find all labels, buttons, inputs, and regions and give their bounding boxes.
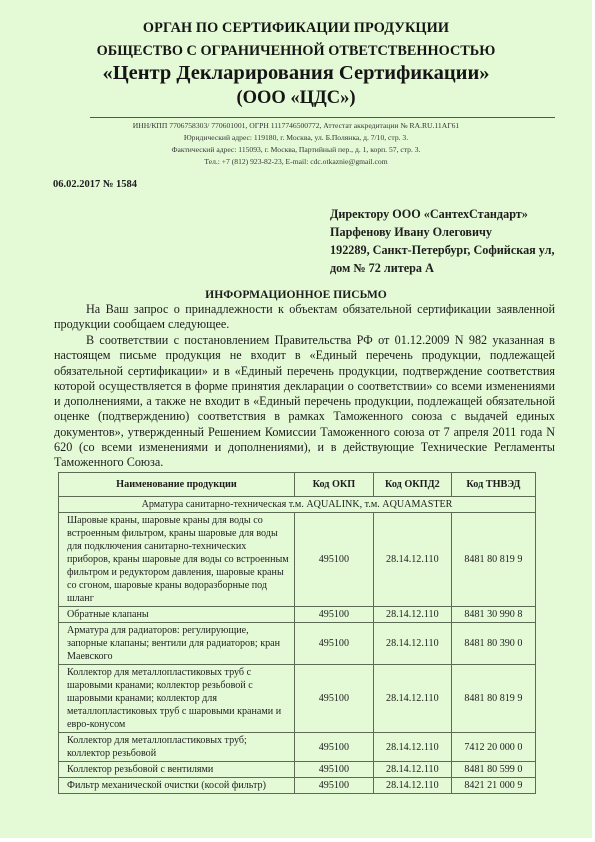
outgoing-number: 06.02.2017 № 1584 [53,179,137,190]
requisites-tax-ids: ИНН/КПП 7706758303/ 770601001, ОГРН 1117… [0,121,592,130]
requisites-contacts: Тел.: +7 (812) 923-82-23, E-mail: cdc.ot… [0,157,592,166]
okp-cell: 495100 [294,607,373,623]
tnved-cell: 7412 20 000 0 [451,733,535,762]
tnved-cell: 8481 30 990 8 [451,607,535,623]
header-okp: Код ОКП [294,473,373,497]
product-name-cell: Коллектор для металлопластиковых труб с … [59,665,295,733]
table-header-row: Наименование продукции Код ОКП Код ОКПД2… [59,473,536,497]
okp-cell: 495100 [294,733,373,762]
group-title: Арматура санитарно-техническая т.м. AQUA… [59,497,536,513]
product-name-cell: Арматура для радиаторов: регулирующие, з… [59,623,295,665]
okpd2-cell: 28.14.12.110 [373,513,451,607]
table-row: Коллектор резьбовой с вентилями49510028.… [59,762,536,778]
requisites-legal-address: Юридический адрес: 119180, г. Москва, ул… [0,133,592,142]
products-table: Наименование продукции Код ОКП Код ОКПД2… [58,472,536,794]
table-row: Коллектор для металлопластиковых труб; к… [59,733,536,762]
table-row: Фильтр механической очистки (косой фильт… [59,778,536,794]
okpd2-cell: 28.14.12.110 [373,762,451,778]
tnved-cell: 8481 80 599 0 [451,762,535,778]
okpd2-cell: 28.14.12.110 [373,665,451,733]
paragraph-main: В соответствии с постановлением Правител… [54,333,555,471]
okpd2-cell: 28.14.12.110 [373,778,451,794]
table-row: Обратные клапаны49510028.14.12.1108481 3… [59,607,536,623]
addressee-position: Директору ООО «СантехСтандарт» [330,205,555,223]
table-row: Коллектор для металлопластиковых труб с … [59,665,536,733]
paragraph-intro: На Ваш запрос о принадлежности к объекта… [54,302,555,333]
okp-cell: 495100 [294,762,373,778]
addressee-name: Парфенову Ивану Олеговичу [330,223,555,241]
okpd2-cell: 28.14.12.110 [373,733,451,762]
addressee-block: Директору ООО «СантехСтандарт» Парфенову… [330,205,555,277]
header-tnved: Код ТНВЭД [451,473,535,497]
certification-body-heading: ОРГАН ПО СЕРТИФИКАЦИИ ПРОДУКЦИИ [0,20,592,37]
okpd2-cell: 28.14.12.110 [373,607,451,623]
header-product-name: Наименование продукции [59,473,295,497]
company-name: «Центр Декларирования Сертификации» [0,62,592,85]
tnved-cell: 8481 80 819 9 [451,665,535,733]
product-name-cell: Шаровые краны, шаровые краны для воды со… [59,513,295,607]
table-group-row: Арматура санитарно-техническая т.м. AQUA… [59,497,536,513]
letter-title: ИНФОРМАЦИОННОЕ ПИСЬМО [0,288,592,301]
letter-page: ОРГАН ПО СЕРТИФИКАЦИИ ПРОДУКЦИИ ОБЩЕСТВО… [0,0,592,838]
okp-cell: 495100 [294,665,373,733]
requisites-actual-address: Фактический адрес: 115093, г. Москва, Па… [0,145,592,154]
product-name-cell: Обратные клапаны [59,607,295,623]
table-row: Шаровые краны, шаровые краны для воды со… [59,513,536,607]
okpd2-cell: 28.14.12.110 [373,623,451,665]
header-okpd2: Код ОКПД2 [373,473,451,497]
okp-cell: 495100 [294,623,373,665]
header-divider [90,117,555,118]
company-form-heading: ОБЩЕСТВО С ОГРАНИЧЕННОЙ ОТВЕТСТВЕННОСТЬЮ [0,43,592,60]
addressee-address-line1: 192289, Санкт-Петербург, Софийская ул, [330,241,555,259]
tnved-cell: 8421 21 000 9 [451,778,535,794]
tnved-cell: 8481 80 819 9 [451,513,535,607]
okp-cell: 495100 [294,513,373,607]
table-row: Арматура для радиаторов: регулирующие, з… [59,623,536,665]
company-short-name: (ООО «ЦДС») [0,88,592,109]
okp-cell: 495100 [294,778,373,794]
product-name-cell: Коллектор резьбовой с вентилями [59,762,295,778]
addressee-address-line2: дом № 72 литера А [330,259,555,277]
product-name-cell: Коллектор для металлопластиковых труб; к… [59,733,295,762]
tnved-cell: 8481 80 390 0 [451,623,535,665]
product-name-cell: Фильтр механической очистки (косой фильт… [59,778,295,794]
